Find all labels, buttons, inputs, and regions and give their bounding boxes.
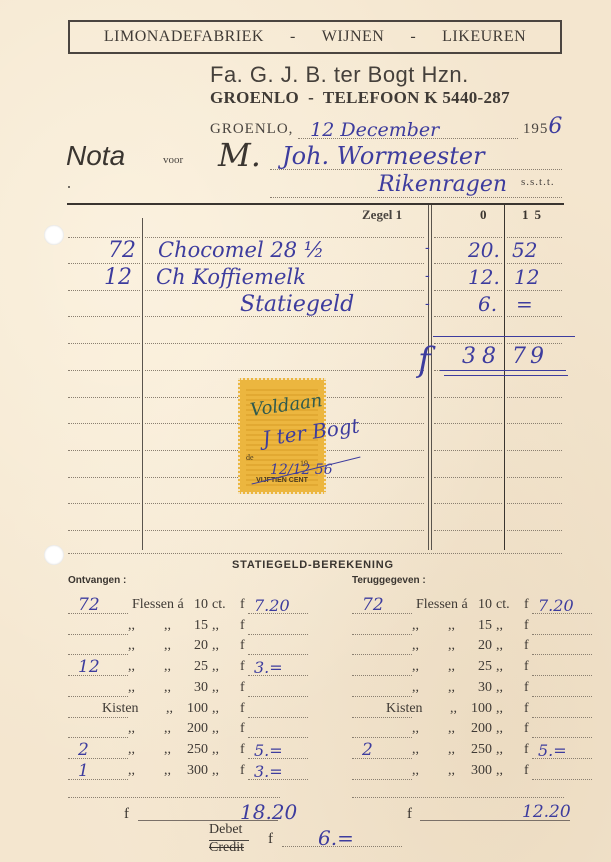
- rate-unit: ,,: [212, 618, 219, 634]
- received-label: Ontvangen :: [68, 575, 126, 586]
- rate-value: 250: [460, 742, 492, 758]
- statiegeld-row: ,,,,30,,f: [68, 680, 298, 700]
- qty-field: 12: [68, 659, 128, 676]
- row-description: Statiegeld: [240, 292, 354, 317]
- amount-field: [532, 721, 592, 738]
- ruled-dotted-line: [434, 476, 502, 478]
- credit-label: Credit: [209, 840, 244, 856]
- rate-value: 20: [460, 638, 492, 654]
- ruled-dotted-line: [507, 422, 562, 424]
- statiegeld-row: ,,,,15,,f: [68, 618, 298, 638]
- rate-unit: ,,: [212, 721, 219, 737]
- rate-value: 15: [460, 618, 492, 634]
- returned-sum-line: [352, 796, 564, 798]
- total-guilders: 38: [462, 344, 502, 369]
- date-handwritten: 12 December: [310, 119, 439, 141]
- amount-value: 3.=: [254, 762, 283, 781]
- ruled-dotted-line: [145, 502, 424, 504]
- qty-field: [352, 638, 412, 655]
- statiegeld-row: 12,,,,25,,f3.=: [68, 659, 298, 679]
- amount-field: [248, 618, 308, 635]
- date-city: GROENLO,: [210, 121, 293, 137]
- ditto-mark: ,,: [448, 680, 455, 696]
- row-dash: -: [425, 296, 430, 312]
- rate-unit: ,,: [212, 701, 219, 717]
- row-description: Chocomel 28 ½: [158, 238, 324, 262]
- ditto-mark: ,,: [412, 742, 419, 758]
- statiegeld-row: ,,,,200,,f: [352, 721, 582, 741]
- row-dash: -: [425, 268, 430, 284]
- ruled-dotted-line: [507, 396, 562, 398]
- currency-f: f: [524, 618, 529, 634]
- addressee-place: Rikenragen: [378, 172, 507, 197]
- ruled-dotted-line: [68, 315, 140, 317]
- statiegeld-row: ,,,,200,,f: [68, 721, 298, 741]
- amount-field: [532, 659, 592, 676]
- punch-hole-bottom: [44, 545, 64, 565]
- amount-value: 3.=: [254, 658, 283, 677]
- amount-field: [532, 618, 592, 635]
- column-divider-guilders-left-2: [431, 205, 432, 550]
- dot-mark: [68, 186, 70, 188]
- ditto-mark: ,,: [128, 659, 135, 675]
- ruled-dotted-line: [68, 449, 140, 451]
- ruled-dotted-line: [145, 262, 424, 264]
- ditto-mark: ,,: [164, 742, 171, 758]
- ruled-dotted-line: [434, 262, 502, 264]
- returned-total: 12.20: [522, 802, 571, 822]
- qty-field: [68, 680, 128, 697]
- currency-f: f: [240, 659, 245, 675]
- banner-item: WIJNEN: [322, 28, 385, 46]
- row-qty: 12: [104, 265, 132, 290]
- currency-f: f: [524, 659, 529, 675]
- currency-f: f: [240, 742, 245, 758]
- received-total-prefix: f: [124, 806, 129, 823]
- ruled-dotted-line: [507, 502, 562, 504]
- total-top-rule: [433, 336, 575, 337]
- ruled-dotted-line: [68, 422, 140, 424]
- balance-prefix: f: [268, 831, 273, 848]
- rate-unit: ,,: [496, 638, 503, 654]
- stamp-de-label: de: [246, 453, 254, 462]
- ditto-mark: ,,: [128, 742, 135, 758]
- statiegeld-row: 1,,,,300,,f3.=: [68, 763, 298, 783]
- amount-field: 5.=: [532, 742, 592, 759]
- rate-unit: ,,: [212, 680, 219, 696]
- statiegeld-row: Kisten,,100,,f: [352, 701, 582, 721]
- section-divider: [68, 552, 562, 554]
- amount-field: 7.20: [532, 597, 592, 614]
- ditto-mark: ,,: [448, 742, 455, 758]
- ditto-mark: ,,: [448, 659, 455, 675]
- ditto-mark: ,,: [412, 638, 419, 654]
- ditto-mark: ,,: [166, 701, 173, 717]
- qty-field: 2: [68, 742, 128, 759]
- ditto-mark: ,,: [412, 680, 419, 696]
- ditto-mark: ,,: [164, 638, 171, 654]
- ditto-mark: ,,: [448, 763, 455, 779]
- qty-field: 2: [352, 742, 412, 759]
- qty-value: 2: [78, 740, 89, 760]
- total-cents: 79: [512, 344, 548, 369]
- rate-value: 15: [176, 618, 208, 634]
- rate-value: 200: [176, 721, 208, 737]
- banner-separator: -: [290, 28, 296, 46]
- currency-f: f: [524, 721, 529, 737]
- statiegeld-row: 2,,,,250,,f5.=: [68, 742, 298, 762]
- ditto-mark: ,,: [128, 680, 135, 696]
- ditto-mark: ,,: [412, 618, 419, 634]
- rate-value: 300: [460, 763, 492, 779]
- ruled-dotted-line: [68, 529, 140, 531]
- banner-item: LIMONADEFABRIEK: [104, 28, 264, 46]
- amount-field: [248, 638, 308, 655]
- guilders-header: 0: [480, 207, 487, 223]
- total-prefix: f: [418, 340, 431, 380]
- amount-field: [248, 701, 308, 718]
- row-guilders: 6.: [478, 292, 497, 316]
- amount-field: [532, 638, 592, 655]
- balance-value: 6.=: [318, 826, 354, 850]
- currency-f: f: [524, 763, 529, 779]
- rate-unit: ct.: [212, 597, 226, 613]
- ruled-dotted-line: [434, 449, 502, 451]
- amount-field: [248, 680, 308, 697]
- qty-field: [352, 721, 412, 738]
- statiegeld-row: Kisten,,100,,f: [68, 701, 298, 721]
- qty-value: 72: [78, 595, 100, 615]
- rate-unit: ,,: [212, 763, 219, 779]
- ruled-dotted-line: [507, 262, 562, 264]
- currency-f: f: [240, 638, 245, 654]
- ruled-dotted-line: [507, 476, 562, 478]
- ditto-mark: ,,: [448, 721, 455, 737]
- ditto-mark: ,,: [164, 721, 171, 737]
- ditto-mark: ,,: [128, 638, 135, 654]
- row-cents: 12: [514, 265, 539, 289]
- rate-value: 30: [460, 680, 492, 696]
- punch-hole-top: [44, 225, 64, 245]
- row-cents: 52: [512, 238, 537, 262]
- ditto-mark: ,,: [164, 680, 171, 696]
- amount-field: [532, 701, 592, 718]
- currency-f: f: [524, 701, 529, 717]
- ruled-dotted-line: [507, 289, 562, 291]
- statiegeld-row: ,,,,20,,f: [352, 638, 582, 658]
- qty-field: 72: [352, 597, 412, 614]
- qty-field: 1: [68, 763, 128, 780]
- zegel-label: Zegel 1: [362, 207, 402, 223]
- rate-unit: ,,: [496, 618, 503, 634]
- column-divider-qty: [142, 218, 143, 550]
- rate-unit: ,,: [496, 680, 503, 696]
- qty-field: [68, 638, 128, 655]
- rate-unit: ,,: [496, 721, 503, 737]
- statiegeld-row: ,,,,300,,f: [352, 763, 582, 783]
- city-phone: GROENLO - TELEFOON K 5440-287: [210, 88, 510, 108]
- amount-field: 5.=: [248, 742, 308, 759]
- statiegeld-row: ,,,,15,,f: [352, 618, 582, 638]
- qty-field: [352, 763, 412, 780]
- sstt-label: s.s.t.t.: [521, 176, 555, 188]
- total-underline: [440, 370, 566, 371]
- row-description: Ch Koffiemelk: [156, 265, 306, 289]
- rate-value: 100: [460, 701, 492, 717]
- qty-value: 1: [78, 761, 89, 781]
- statiegeld-row: 72Flessen á10ct.f7.20: [352, 597, 582, 617]
- row-label: Kisten: [386, 701, 423, 717]
- currency-f: f: [524, 597, 529, 613]
- ruled-dotted-line: [145, 342, 424, 344]
- banner-separator: -: [410, 28, 416, 46]
- ditto-mark: ,,: [164, 763, 171, 779]
- qty-field: [352, 659, 412, 676]
- ruled-dotted-line: [507, 529, 562, 531]
- firm-name: Fa. G. J. B. ter Bogt Hzn.: [210, 62, 469, 88]
- currency-f: f: [524, 680, 529, 696]
- date-field: 12 December: [298, 124, 518, 139]
- rate-unit: ct.: [496, 597, 510, 613]
- rate-value: 25: [460, 659, 492, 675]
- currency-f: f: [240, 597, 245, 613]
- voor-label: voor: [163, 154, 183, 166]
- date-year-suffix: 6: [548, 114, 563, 139]
- currency-f: f: [240, 701, 245, 717]
- ruled-dotted-line: [68, 502, 140, 504]
- rate-unit: ,,: [212, 659, 219, 675]
- row-guilders: 12.: [468, 265, 500, 289]
- rate-value: 250: [176, 742, 208, 758]
- qty-field: [352, 618, 412, 635]
- row-label: Kisten: [102, 701, 139, 717]
- rate-value: 30: [176, 680, 208, 696]
- row-qty: 72: [108, 238, 136, 263]
- row-dash: -: [425, 240, 430, 256]
- ditto-mark: ,,: [128, 618, 135, 634]
- amount-field: 7.20: [248, 597, 308, 614]
- banner-item: LIKEUREN: [442, 28, 526, 46]
- rate-value: 20: [176, 638, 208, 654]
- rate-value: 10: [460, 597, 492, 613]
- rate-unit: ,,: [212, 742, 219, 758]
- qty-field: 72: [68, 597, 128, 614]
- ditto-mark: ,,: [412, 721, 419, 737]
- ditto-mark: ,,: [128, 763, 135, 779]
- cents-header: 15: [522, 207, 547, 223]
- currency-f: f: [240, 680, 245, 696]
- table-top-rule: [67, 203, 564, 205]
- rate-unit: ,,: [496, 701, 503, 717]
- currency-f: f: [240, 721, 245, 737]
- returned-total-prefix: f: [407, 806, 412, 823]
- date-line: GROENLO, 12 December 1956: [210, 114, 563, 139]
- rate-value: 100: [176, 701, 208, 717]
- qty-value: 12: [78, 657, 100, 677]
- currency-f: f: [240, 618, 245, 634]
- amount-field: 3.=: [248, 659, 308, 676]
- statiegeld-row: ,,,,20,,f: [68, 638, 298, 658]
- qty-field: [352, 680, 412, 697]
- ditto-mark: ,,: [164, 618, 171, 634]
- currency-f: f: [524, 742, 529, 758]
- rate-unit: ,,: [496, 742, 503, 758]
- letterhead-banner: LIMONADEFABRIEK - WIJNEN - LIKEUREN: [68, 20, 562, 54]
- amount-value: 7.20: [538, 596, 574, 615]
- row-guilders: 20.: [468, 238, 500, 262]
- column-divider-cents: [504, 205, 505, 550]
- ditto-mark: ,,: [164, 659, 171, 675]
- ruled-dotted-line: [145, 369, 424, 371]
- currency-f: f: [240, 763, 245, 779]
- ditto-mark: ,,: [412, 659, 419, 675]
- ruled-dotted-line: [507, 449, 562, 451]
- amount-value: 5.=: [538, 741, 567, 760]
- total-underline-2: [444, 375, 568, 376]
- ruled-dotted-line: [68, 396, 140, 398]
- nota-label: Nota: [66, 140, 125, 172]
- received-total: 18.20: [240, 800, 297, 824]
- amount-field: 3.=: [248, 763, 308, 780]
- ruled-dotted-line: [434, 396, 502, 398]
- currency-f: f: [524, 638, 529, 654]
- ditto-mark: ,,: [412, 763, 419, 779]
- statiegeld-title: STATIEGELD-BEREKENING: [232, 559, 394, 571]
- statiegeld-row: ,,,,30,,f: [352, 680, 582, 700]
- qty-value: 72: [362, 595, 384, 615]
- ditto-mark: ,,: [450, 701, 457, 717]
- ruled-dotted-line: [434, 289, 502, 291]
- qty-field: [68, 618, 128, 635]
- ruled-dotted-line: [68, 342, 140, 344]
- rate-value: 25: [176, 659, 208, 675]
- ruled-dotted-line: [434, 422, 502, 424]
- rate-unit: ,,: [212, 638, 219, 654]
- rate-value: 200: [460, 721, 492, 737]
- ruled-dotted-line: [68, 476, 140, 478]
- rate-value: 10: [176, 597, 208, 613]
- statiegeld-row: 2,,,,250,,f5.=: [352, 742, 582, 762]
- amount-field: [532, 763, 592, 780]
- m-label: M.: [218, 136, 261, 174]
- rate-unit: ,,: [496, 659, 503, 675]
- qty-field: [68, 721, 128, 738]
- ditto-mark: ,,: [448, 638, 455, 654]
- statiegeld-row: ,,,,25,,f: [352, 659, 582, 679]
- statiegeld-row: 72Flessen á10ct.f7.20: [68, 597, 298, 617]
- debet-label: Debet: [209, 822, 242, 838]
- ditto-mark: ,,: [448, 618, 455, 634]
- returned-label: Teruggegeven :: [352, 575, 426, 586]
- rate-value: 300: [176, 763, 208, 779]
- ditto-mark: ,,: [128, 721, 135, 737]
- ruled-dotted-line: [434, 502, 502, 504]
- amount-field: [248, 721, 308, 738]
- qty-value: 2: [362, 740, 373, 760]
- received-sum-line: [68, 796, 280, 798]
- date-year-prefix: 195: [523, 121, 549, 137]
- amount-value: 5.=: [254, 741, 283, 760]
- amount-value: 7.20: [254, 596, 290, 615]
- amount-field: [532, 680, 592, 697]
- ruled-dotted-line: [434, 529, 502, 531]
- addressee-name: Joh. Wormeester: [282, 142, 485, 170]
- ruled-dotted-line: [145, 289, 424, 291]
- row-cents: =: [516, 292, 533, 316]
- ruled-dotted-line: [68, 369, 140, 371]
- rate-unit: ,,: [496, 763, 503, 779]
- ruled-dotted-line: [145, 529, 424, 531]
